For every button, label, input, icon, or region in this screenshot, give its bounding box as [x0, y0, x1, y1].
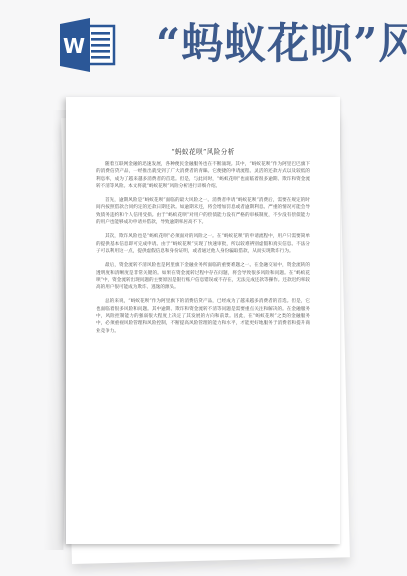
svg-text:W: W — [63, 34, 85, 58]
microsoft-word-icon: W — [60, 18, 118, 72]
header-banner: W “蚂蚁花呗”风险分析 — [0, 0, 407, 80]
paragraph-fraud-risk: 其次，欺诈风险也是“蚂蚁花呗”必须面对的风险之一。在“蚂蚁花呗”的申请流程中，用… — [96, 233, 310, 255]
paragraph-intro: 随着互联网金融的迅速发展，各种便民金融服务也在不断涌现。其中，“蚂蚁花呗”作为阿… — [96, 161, 310, 190]
paragraph-conclusion: 总的来说，“蚂蚁花呗”作为阿里旗下的消费信贷产品，已经成为了越来越多消费者的首选… — [96, 298, 310, 334]
paragraph-overdue-risk: 首先，逾期风险是“蚂蚁花呗”面临的最大风险之一。消费者申请“蚂蚁花呗”消费后，需… — [96, 197, 310, 226]
paragraph-fund-flow-risk: 最后，资金流转不清风险也是阿里旗下金融业务所面临的重要难题之一。在金融交易中，资… — [96, 262, 310, 291]
document-title: “蚂蚁花呗”风险分析 — [66, 146, 340, 156]
header-title: “蚂蚁花呗”风险分析 — [156, 18, 407, 70]
document-body: 随着互联网金融的迅速发展，各种便民金融服务也在不断涌现。其中，“蚂蚁花呗”作为阿… — [96, 161, 310, 342]
document-page: “蚂蚁花呗”风险分析 随着互联网金融的迅速发展，各种便民金融服务也在不断涌现。其… — [66, 97, 340, 544]
